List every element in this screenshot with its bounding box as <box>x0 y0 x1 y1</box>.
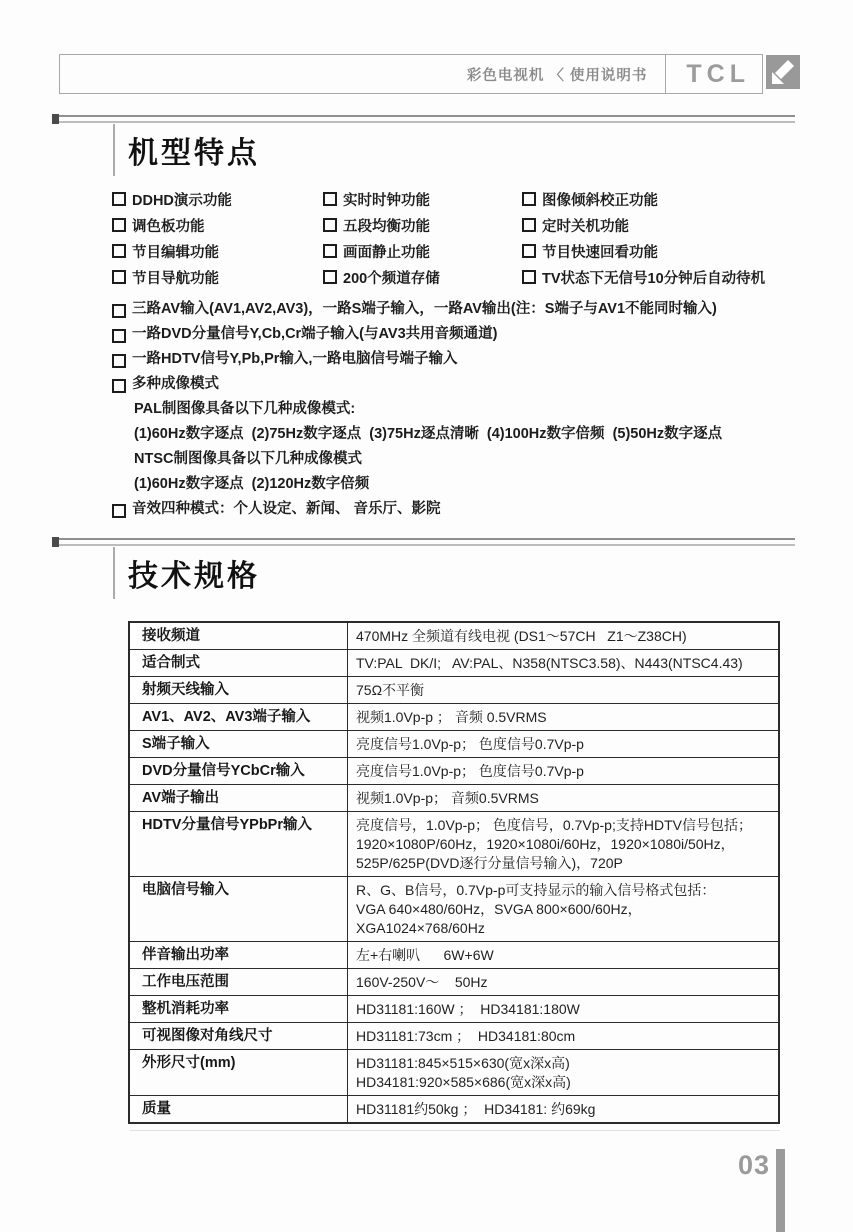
spec-value: 视频1.0Vp-p； 音频0.5VRMS <box>348 785 780 812</box>
spec-label: 射频天线输入 <box>129 677 348 704</box>
spec-row: 质量HD31181约50kg ； HD34181: 约69kg <box>129 1096 779 1124</box>
features-detail-lines: 三路AV输入(AV1,AV2,AV3)，一路S端子输入，一路AV输出(注：S端子… <box>112 297 798 522</box>
feature-text: (1)60Hz数字逐点 (2)120Hz数字倍频 <box>134 472 369 497</box>
feature-label: 画面静止功能 <box>343 241 430 262</box>
checkbox-icon <box>522 192 536 206</box>
checkbox-icon <box>112 192 126 206</box>
page-number-bar <box>776 1149 785 1232</box>
section-rule <box>59 115 795 123</box>
page-number: 03 <box>720 1150 770 1181</box>
feature-item: 200个频道存储 <box>323 267 522 288</box>
feature-label: 定时关机功能 <box>542 215 629 236</box>
spec-label: AV1、AV2、AV3端子输入 <box>129 704 348 731</box>
feature-label: DDHD演示功能 <box>132 189 232 210</box>
checkbox-icon <box>522 218 536 232</box>
checkbox-icon <box>323 270 337 284</box>
specs-table: 接收频道470MHz 全频道有线电视 (DS1～57CH Z1～Z38CH) 适… <box>128 621 780 1124</box>
checkbox-icon <box>112 304 126 318</box>
spec-value: 160V-250V～ 50Hz <box>348 969 780 996</box>
checkbox-icon <box>323 244 337 258</box>
feature-text: 一路HDTV信号Y,Pb,Pr输入,一路电脑信号端子输入 <box>132 347 457 372</box>
spec-row: AV1、AV2、AV3端子输入视频1.0Vp-p ； 音频 0.5VRMS <box>129 704 779 731</box>
checkbox-icon <box>112 244 126 258</box>
feature-label: 调色板功能 <box>132 215 205 236</box>
feature-sub-line: (1)60Hz数字逐点 (2)75Hz数字逐点 (3)75Hz逐点清晰 (4)1… <box>112 422 798 447</box>
feature-label: 节目编辑功能 <box>132 241 219 262</box>
spec-label: 外形尺寸(mm) <box>129 1050 348 1096</box>
spec-label: DVD分量信号YCbCr输入 <box>129 758 348 785</box>
tcl-emblem-icon <box>766 55 800 94</box>
features-grid: DDHD演示功能 实时时钟功能 图像倾斜校正功能 调色板功能 五段均衡功能 定时… <box>112 186 798 290</box>
section-rule-cap <box>52 537 59 547</box>
checkbox-icon <box>112 504 126 518</box>
spec-value: 75Ω不平衡 <box>348 677 780 704</box>
feature-text: 一路DVD分量信号Y,Cb,Cr端子输入(与AV3共用音频通道) <box>132 322 497 347</box>
feature-text: 三路AV输入(AV1,AV2,AV3)，一路S端子输入，一路AV输出(注：S端子… <box>132 297 717 322</box>
section-rule <box>59 538 795 546</box>
spec-label: 电脑信号输入 <box>129 877 348 942</box>
feature-item: 定时关机功能 <box>522 215 798 236</box>
checkbox-icon <box>522 244 536 258</box>
spec-value: HD31181:160W ； HD34181:180W <box>348 996 780 1023</box>
feature-bullet-line: 三路AV输入(AV1,AV2,AV3)，一路S端子输入，一路AV输出(注：S端子… <box>112 297 798 322</box>
section-title-line <box>113 547 115 599</box>
features-list: DDHD演示功能 实时时钟功能 图像倾斜校正功能 调色板功能 五段均衡功能 定时… <box>112 186 798 522</box>
feature-item: 图像倾斜校正功能 <box>522 189 798 210</box>
feature-bullet-line: 音效四种模式：个人设定、新闻、 音乐厅、影院 <box>112 497 798 522</box>
feature-item: 节目编辑功能 <box>112 241 323 262</box>
spec-row: 接收频道470MHz 全频道有线电视 (DS1～57CH Z1～Z38CH) <box>129 622 779 650</box>
checkbox-icon <box>323 218 337 232</box>
spec-row: S端子输入亮度信号1.0Vp-p； 色度信号0.7Vp-p <box>129 731 779 758</box>
manual-page: 彩色电视机 〈 使用说明书 TCL 机型特点 DDHD演示功能 实时时钟功能 图… <box>0 0 853 1232</box>
spec-label: HDTV分量信号YPbPr输入 <box>129 812 348 877</box>
spec-label: S端子输入 <box>129 731 348 758</box>
tcl-logo-text: TCL <box>666 55 762 93</box>
checkbox-icon <box>112 270 126 284</box>
spec-label: 工作电压范围 <box>129 969 348 996</box>
feature-label: 节目快速回看功能 <box>542 241 658 262</box>
spec-row: 伴音输出功率左+右喇叭 6W+6W <box>129 942 779 969</box>
spec-value: 亮度信号，1.0Vp-p； 色度信号，0.7Vp-p;支持HDTV信号包括； 1… <box>348 812 780 877</box>
feature-item: TV状态下无信号10分钟后自动待机 <box>522 267 798 288</box>
feature-item: DDHD演示功能 <box>112 189 323 210</box>
feature-sub-line: (1)60Hz数字逐点 (2)120Hz数字倍频 <box>112 472 798 497</box>
feature-label: 实时时钟功能 <box>343 189 430 210</box>
feature-text: 多种成像模式 <box>132 372 219 397</box>
spec-label: 可视图像对角线尺寸 <box>129 1023 348 1050</box>
spec-label: 接收频道 <box>129 622 348 650</box>
spec-value: 视频1.0Vp-p ； 音频 0.5VRMS <box>348 704 780 731</box>
feature-item: 实时时钟功能 <box>323 189 522 210</box>
feature-label: 五段均衡功能 <box>343 215 430 236</box>
checkbox-icon <box>112 218 126 232</box>
feature-text: PAL制图像具备以下几种成像模式: <box>134 397 355 422</box>
feature-bullet-line: 一路HDTV信号Y,Pb,Pr输入,一路电脑信号端子输入 <box>112 347 798 372</box>
checkbox-icon <box>323 192 337 206</box>
feature-label: 200个频道存储 <box>343 267 440 288</box>
spec-row: 外形尺寸(mm)HD31181:845×515×630(宽x深x高) HD341… <box>129 1050 779 1096</box>
feature-item: 节目快速回看功能 <box>522 241 798 262</box>
spec-label: 伴音输出功率 <box>129 942 348 969</box>
feature-text: 音效四种模式：个人设定、新闻、 音乐厅、影院 <box>132 497 441 522</box>
feature-label: TV状态下无信号10分钟后自动待机 <box>542 267 765 288</box>
spec-label: 整机消耗功率 <box>129 996 348 1023</box>
spec-row: 工作电压范围160V-250V～ 50Hz <box>129 969 779 996</box>
spec-label: 适合制式 <box>129 650 348 677</box>
spec-row: 可视图像对角线尺寸HD31181:73cm ； HD34181:80cm <box>129 1023 779 1050</box>
feature-sub-line: PAL制图像具备以下几种成像模式: <box>112 397 798 422</box>
spec-row: 整机消耗功率HD31181:160W ； HD34181:180W <box>129 996 779 1023</box>
spec-label: 质量 <box>129 1096 348 1124</box>
document-title: 彩色电视机 〈 使用说明书 <box>467 64 648 85</box>
spec-value: HD31181:73cm ； HD34181:80cm <box>348 1023 780 1050</box>
checkbox-icon <box>112 329 126 343</box>
feature-label: 图像倾斜校正功能 <box>542 189 658 210</box>
feature-item: 五段均衡功能 <box>323 215 522 236</box>
feature-text: (1)60Hz数字逐点 (2)75Hz数字逐点 (3)75Hz逐点清晰 (4)1… <box>134 422 722 447</box>
checkbox-icon <box>112 379 126 393</box>
spec-value: 470MHz 全频道有线电视 (DS1～57CH Z1～Z38CH) <box>348 622 780 650</box>
spec-row: DVD分量信号YCbCr输入亮度信号1.0Vp-p； 色度信号0.7Vp-p <box>129 758 779 785</box>
spec-value: 亮度信号1.0Vp-p； 色度信号0.7Vp-p <box>348 758 780 785</box>
spec-row: 电脑信号输入R、G、B信号，0.7Vp-p可支持显示的输入信号格式包括： VGA… <box>129 877 779 942</box>
spec-value: TV:PAL DK/I; AV:PAL、N358(NTSC3.58)、N443(… <box>348 650 780 677</box>
spec-value: R、G、B信号，0.7Vp-p可支持显示的输入信号格式包括： VGA 640×4… <box>348 877 780 942</box>
feature-item: 调色板功能 <box>112 215 323 236</box>
section-rule-cap <box>52 114 59 124</box>
section-title-line <box>113 124 115 176</box>
feature-sub-line: NTSC制图像具备以下几种成像模式 <box>112 447 798 472</box>
checkbox-icon <box>112 354 126 368</box>
spec-value: 亮度信号1.0Vp-p； 色度信号0.7Vp-p <box>348 731 780 758</box>
spec-value: HD31181约50kg ； HD34181: 约69kg <box>348 1096 780 1124</box>
spec-row: HDTV分量信号YPbPr输入亮度信号，1.0Vp-p； 色度信号，0.7Vp-… <box>129 812 779 877</box>
feature-bullet-line: 多种成像模式 <box>112 372 798 397</box>
header-bar: 彩色电视机 〈 使用说明书 TCL <box>59 54 763 94</box>
feature-text: NTSC制图像具备以下几种成像模式 <box>134 447 362 472</box>
feature-bullet-line: 一路DVD分量信号Y,Cb,Cr端子输入(与AV3共用音频通道) <box>112 322 798 347</box>
spec-label: AV端子输出 <box>129 785 348 812</box>
spec-value: 左+右喇叭 6W+6W <box>348 942 780 969</box>
spec-value: HD31181:845×515×630(宽x深x高) HD34181:920×5… <box>348 1050 780 1096</box>
spec-row: AV端子输出视频1.0Vp-p； 音频0.5VRMS <box>129 785 779 812</box>
features-section-title: 机型特点 <box>128 128 260 172</box>
footer-rule <box>130 1130 780 1131</box>
feature-item: 画面静止功能 <box>323 241 522 262</box>
specs-section-title: 技术规格 <box>128 551 260 595</box>
feature-item: 节目导航功能 <box>112 267 323 288</box>
feature-label: 节目导航功能 <box>132 267 219 288</box>
checkbox-icon <box>522 270 536 284</box>
spec-row: 适合制式TV:PAL DK/I; AV:PAL、N358(NTSC3.58)、N… <box>129 650 779 677</box>
spec-row: 射频天线输入75Ω不平衡 <box>129 677 779 704</box>
